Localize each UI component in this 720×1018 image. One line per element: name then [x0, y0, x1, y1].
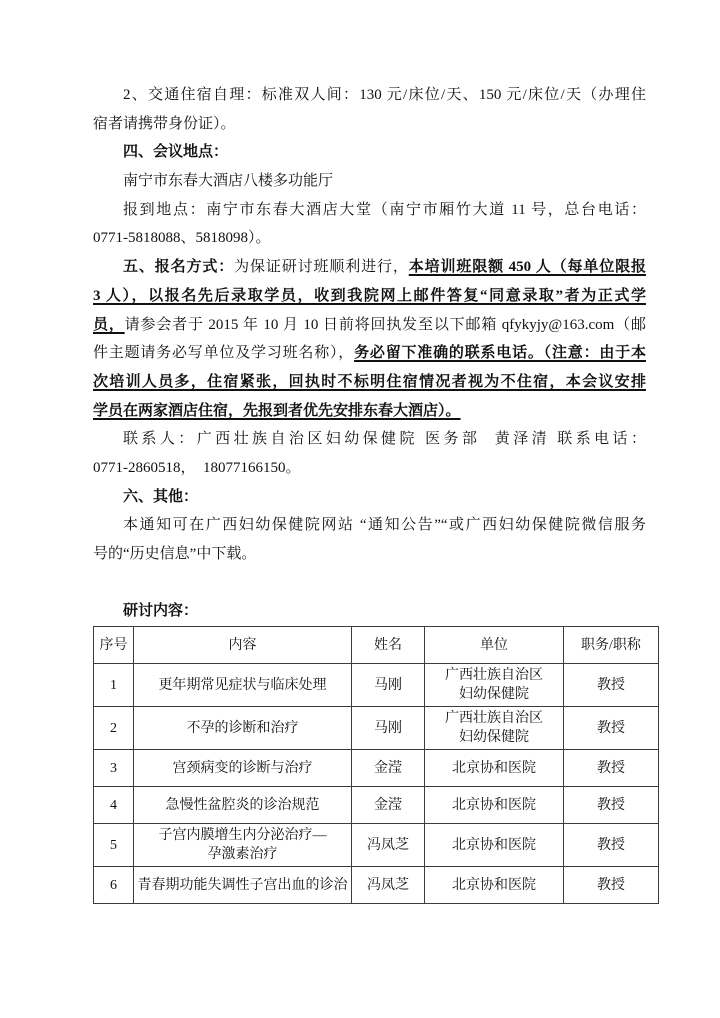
cell-title: 教授	[564, 824, 659, 867]
cell-title: 教授	[564, 707, 659, 750]
text-run: 南宁市东春大酒店八楼多功能厅	[123, 173, 333, 189]
text-line: 报到地点：南宁市东春大酒店大堂（南宁市厢竹大道 11 号，总台电话：	[93, 196, 646, 225]
text-line: 六、其他：	[93, 483, 646, 512]
text-line	[93, 569, 646, 598]
cell-name: 冯凤芝	[352, 824, 425, 867]
text-line: 3 人），以报名先后录取学员，收到我院网上邮件答复“同意录取”者为正式学	[93, 282, 646, 311]
text-run: 四、会议地点：	[123, 144, 228, 160]
table-row: 5子宫内膜增生内分泌治疗—孕激素治疗冯凤芝北京协和医院教授	[94, 824, 659, 867]
text-run: 联系人：广西壮族自治区妇幼保健院 医务部 黄泽清 联系电话：	[123, 431, 646, 447]
cell-content: 宫颈病变的诊断与治疗	[134, 750, 352, 787]
cell-no: 2	[94, 707, 134, 750]
cell-no: 6	[94, 867, 134, 904]
text-line: 宿者请携带身份证）。	[93, 110, 646, 139]
table-row: 1更年期常见症状与临床处理马刚广西壮族自治区妇幼保健院教授	[94, 664, 659, 707]
cell-name: 冯凤芝	[352, 867, 425, 904]
text-line: 号的“历史信息”中下载。	[93, 540, 646, 569]
document-content: 2、交通住宿自理：标准双人间：130 元/床位/天、150 元/床位/天（办理住…	[93, 81, 659, 904]
text-run: 六、其他：	[123, 489, 198, 505]
cell-unit: 广西壮族自治区妇幼保健院	[425, 664, 564, 707]
text-line: 五、报名方式：为保证研讨班顺利进行，本培训班限额 450 人（每单位限报	[93, 253, 646, 282]
text-run: 研讨内容：	[123, 603, 198, 619]
text-run: 本培训班限额 450 人（每单位限报	[409, 259, 646, 275]
cell-no: 5	[94, 824, 134, 867]
text-line: 0771-5818088、5818098）。	[93, 224, 646, 253]
cell-title: 教授	[564, 787, 659, 824]
header-row: 序号内容姓名单位职务/职称	[94, 627, 659, 664]
text-line: 次培训人员多，住宿紧张，回执时不标明住宿情况者视为不住宿，本会议安排	[93, 368, 646, 397]
cell-title: 教授	[564, 750, 659, 787]
text-run: 为保证研讨班顺利进行，	[234, 259, 409, 275]
cell-unit: 北京协和医院	[425, 824, 564, 867]
cell-no: 4	[94, 787, 134, 824]
table-row: 4急慢性盆腔炎的诊治规范金滢北京协和医院教授	[94, 787, 659, 824]
header-cell: 内容	[134, 627, 352, 664]
text-line: 研讨内容：	[93, 597, 646, 626]
text-run: 员，	[93, 317, 125, 333]
text-run: 本通知可在广西妇幼保健院网站 “通知公告”“或广西妇幼保健院微信服务	[123, 517, 646, 533]
cell-unit: 北京协和医院	[425, 750, 564, 787]
text-run: 五、报名方式：	[123, 259, 234, 275]
text-run: 2、交通住宿自理：标准双人间：130 元/床位/天、150 元/床位/天（办理住	[123, 87, 646, 103]
header-cell: 单位	[425, 627, 564, 664]
text-run: 号的“历史信息”中下载。	[93, 546, 256, 562]
text-line: 件主题请务必写单位及学习班名称），务必留下准确的联系电话。（注意：由于本	[93, 339, 646, 368]
cell-name: 马刚	[352, 707, 425, 750]
header-cell: 序号	[94, 627, 134, 664]
text-run: 0771-2860518， 18077166150。	[93, 460, 301, 476]
cell-no: 1	[94, 664, 134, 707]
body-text: 2、交通住宿自理：标准双人间：130 元/床位/天、150 元/床位/天（办理住…	[93, 81, 659, 626]
table-row: 6青春期功能失调性子宫出血的诊治冯凤芝北京协和医院教授	[94, 867, 659, 904]
text-line: 2、交通住宿自理：标准双人间：130 元/床位/天、150 元/床位/天（办理住	[93, 81, 646, 110]
document-page: 2、交通住宿自理：标准双人间：130 元/床位/天、150 元/床位/天（办理住…	[0, 0, 720, 1018]
text-line: 本通知可在广西妇幼保健院网站 “通知公告”“或广西妇幼保健院微信服务	[93, 511, 646, 540]
cell-content: 子宫内膜增生内分泌治疗—孕激素治疗	[134, 824, 352, 867]
text-run: 请参会者于 2015 年 10 月 10 日前将回执发至以下邮箱 qfykyjy…	[125, 317, 646, 333]
text-line: 学员在两家酒店住宿，先报到者优先安排东春大酒店）。	[93, 397, 646, 426]
cell-unit: 北京协和医院	[425, 867, 564, 904]
header-cell: 姓名	[352, 627, 425, 664]
text-run: 宿者请携带身份证）。	[93, 116, 236, 132]
text-run: 学员在两家酒店住宿，先报到者优先安排东春大酒店）。	[93, 403, 461, 419]
cell-name: 金滢	[352, 750, 425, 787]
text-line: 联系人：广西壮族自治区妇幼保健院 医务部 黄泽清 联系电话：	[93, 425, 646, 454]
agenda-table-header: 序号内容姓名单位职务/职称	[94, 627, 659, 664]
cell-unit: 北京协和医院	[425, 787, 564, 824]
text-line: 四、会议地点：	[93, 138, 646, 167]
cell-content: 不孕的诊断和治疗	[134, 707, 352, 750]
text-run: 0771-5818088、5818098）。	[93, 230, 271, 246]
text-run: 件主题请务必写单位及学习班名称），	[93, 345, 354, 361]
table-row: 3宫颈病变的诊断与治疗金滢北京协和医院教授	[94, 750, 659, 787]
text-run: 3 人），以报名先后录取学员，收到我院网上邮件答复“同意录取”者为正式学	[93, 288, 646, 304]
text-run: 务必留下准确的联系电话。（注意：由于本	[354, 345, 646, 361]
cell-no: 3	[94, 750, 134, 787]
table-row: 2不孕的诊断和治疗马刚广西壮族自治区妇幼保健院教授	[94, 707, 659, 750]
cell-title: 教授	[564, 867, 659, 904]
text-line: 0771-2860518， 18077166150。	[93, 454, 646, 483]
text-run: 报到地点：南宁市东春大酒店大堂（南宁市厢竹大道 11 号，总台电话：	[123, 202, 646, 218]
text-line: 南宁市东春大酒店八楼多功能厅	[93, 167, 646, 196]
cell-title: 教授	[564, 664, 659, 707]
text-line: 员，请参会者于 2015 年 10 月 10 日前将回执发至以下邮箱 qfyky…	[93, 311, 646, 340]
cell-name: 金滢	[352, 787, 425, 824]
cell-content: 急慢性盆腔炎的诊治规范	[134, 787, 352, 824]
cell-name: 马刚	[352, 664, 425, 707]
agenda-table: 序号内容姓名单位职务/职称 1更年期常见症状与临床处理马刚广西壮族自治区妇幼保健…	[93, 626, 659, 904]
cell-content: 青春期功能失调性子宫出血的诊治	[134, 867, 352, 904]
agenda-table-body: 1更年期常见症状与临床处理马刚广西壮族自治区妇幼保健院教授2不孕的诊断和治疗马刚…	[94, 664, 659, 904]
cell-unit: 广西壮族自治区妇幼保健院	[425, 707, 564, 750]
cell-content: 更年期常见症状与临床处理	[134, 664, 352, 707]
text-run: 次培训人员多，住宿紧张，回执时不标明住宿情况者视为不住宿，本会议安排	[93, 374, 646, 390]
header-cell: 职务/职称	[564, 627, 659, 664]
